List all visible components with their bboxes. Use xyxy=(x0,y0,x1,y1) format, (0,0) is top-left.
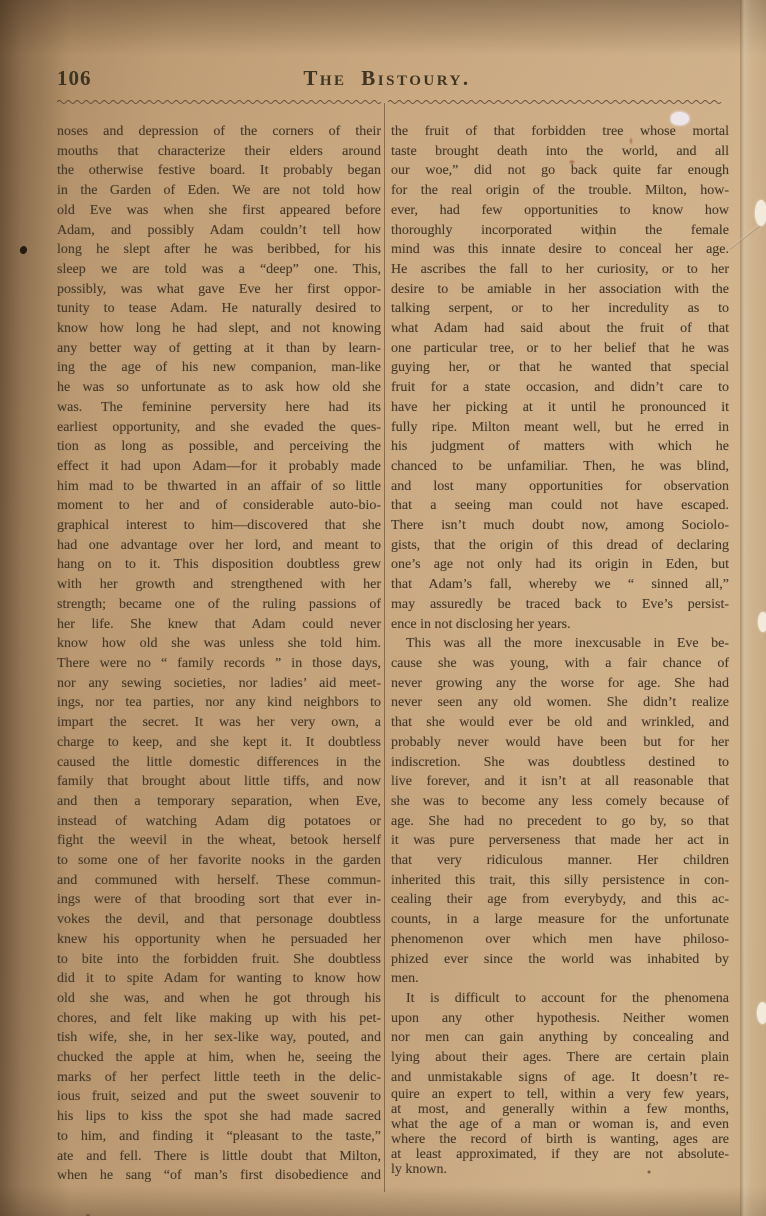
text-line: long he slept after he was beribbed, for… xyxy=(57,240,381,260)
text-line: to him, and finding it “pleasant to the … xyxy=(57,1127,381,1147)
text-line: never seen any old women. She didn’t rea… xyxy=(391,693,729,713)
text-line: It is difficult to account for the pheno… xyxy=(391,989,729,1009)
text-line: inherited this trait, this silly persist… xyxy=(391,871,729,891)
text-line: guying her, or that he wanted that speci… xyxy=(391,358,729,378)
text-line: he was so unfortunate as to ask how old … xyxy=(57,378,381,398)
text-line: ing the age of his new companion, man-li… xyxy=(57,358,381,378)
page-edge-notch xyxy=(758,612,766,632)
text-line: age. She had no precedent to go by, so t… xyxy=(391,812,729,832)
wavy-rule-left xyxy=(57,97,381,107)
text-line: possibly, was what gave Eve her first op… xyxy=(57,280,381,300)
text-line: fight the weevil in the wheat, betook he… xyxy=(57,831,381,851)
text-line: chucked the apple at him, when he, seein… xyxy=(57,1048,381,1068)
text-line: and communed with herself. These commun- xyxy=(57,871,381,891)
text-line: sleep we are told was a “deep” one. This… xyxy=(57,260,381,280)
text-line: There isn’t much doubt now, among Sociol… xyxy=(391,516,729,536)
scanned-page: 106 The Bistoury. noses and depression o… xyxy=(0,0,766,1216)
text-line: his lips to kiss the spot she had made s… xyxy=(57,1107,381,1127)
text-line: where the record of birth is wanting, ag… xyxy=(391,1132,729,1147)
text-line: with her growth and strengthened with he… xyxy=(57,575,381,595)
text-line: counts, in a large measure for the unfor… xyxy=(391,910,729,930)
text-line: probably never would have been but for h… xyxy=(391,733,729,753)
journal-title: The Bistoury. xyxy=(57,66,717,91)
text-line: it was pure perverseness that made her a… xyxy=(391,831,729,851)
text-line: nor men can gain anything by concealing … xyxy=(391,1028,729,1048)
text-line: did it to spite Adam for wanting to know… xyxy=(57,969,381,989)
page-shadow-top xyxy=(0,0,766,60)
text-line: hang on to it. This disposition doubtles… xyxy=(57,555,381,575)
text-line: ate and fell. There is little doubt that… xyxy=(57,1147,381,1167)
text-line: men. xyxy=(391,969,729,989)
text-line: knew his opportunity when he persuaded h… xyxy=(57,930,381,950)
text-line: what Adam had said about the fruit of th… xyxy=(391,319,729,339)
left-column: noses and depression of the corners of t… xyxy=(57,122,381,1186)
text-line: she was to become any less comely becaus… xyxy=(391,792,729,812)
text-line: talking serpent, or to her incredulity a… xyxy=(391,299,729,319)
paper-defect-white-blob xyxy=(671,112,689,125)
text-line: There were no “ family records ” in thos… xyxy=(57,654,381,674)
text-line: fully ripe. Milton meant well, but he er… xyxy=(391,418,729,438)
text-line: mouths that characterize their elders ar… xyxy=(57,142,381,162)
text-line: may assuredly be traced back to Eve’s pe… xyxy=(391,595,729,615)
text-line: that very ridiculous manner. Her childre… xyxy=(391,851,729,871)
text-line: that Adam’s fall, whereby we “ sinned al… xyxy=(391,575,729,595)
text-line: noses and depression of the corners of t… xyxy=(57,122,381,142)
page-edge-notch xyxy=(755,200,766,226)
text-line: at most, and generally within a few mont… xyxy=(391,1102,729,1117)
column-divider xyxy=(384,103,385,1192)
text-line: for the real origin of the trouble. Milt… xyxy=(391,181,729,201)
text-line: any better way of getting at it than by … xyxy=(57,339,381,359)
text-line: to bite into the forbidden fruit. She do… xyxy=(57,950,381,970)
text-line: effect it had upon Adam—for it probably … xyxy=(57,457,381,477)
text-line: that she would ever be old and wrinkled,… xyxy=(391,713,729,733)
text-line: live forever, and it isn’t at all reason… xyxy=(391,772,729,792)
text-line: in the Garden of Eden. We are not told h… xyxy=(57,181,381,201)
text-line: phized ever since the world was inhabite… xyxy=(391,950,729,970)
text-line: tunity to tease Adam. He naturally desir… xyxy=(57,299,381,319)
text-line: instead of watching Adam dig potatoes or xyxy=(57,812,381,832)
text-line: nor any sewing societies, nor ladies’ ai… xyxy=(57,674,381,694)
text-line: gists, that the origin of this dread of … xyxy=(391,536,729,556)
text-line: have her picking at it until he pronounc… xyxy=(391,398,729,418)
text-line: ings, nor tea parties, nor any kind neig… xyxy=(57,693,381,713)
text-line: him mad to be thwarted in an affair of s… xyxy=(57,477,381,497)
text-line: that a seeing man could not have escaped… xyxy=(391,496,729,516)
text-line: when he sang “of man’s first disobedienc… xyxy=(57,1166,381,1186)
text-line: never growing any the worse for age. She… xyxy=(391,674,729,694)
text-line: her life. She knew that Adam could never xyxy=(57,615,381,635)
text-line: and unmistakable signs of age. It doesn’… xyxy=(391,1068,729,1088)
text-line: old Eve was when she first appeared befo… xyxy=(57,201,381,221)
text-line: ings were of that brooding sort that eve… xyxy=(57,890,381,910)
text-line: chanced to be unfamiliar. Then, he was b… xyxy=(391,457,729,477)
text-line: had one advantage over her lord, and mea… xyxy=(57,536,381,556)
text-line: our woe,” did not go back quite far enou… xyxy=(391,161,729,181)
text-line: at least approximated, if they are not a… xyxy=(391,1147,729,1162)
text-line: This was all the more inexcusable in Eve… xyxy=(391,634,729,654)
text-line: ious fruit, seized and put the sweet sou… xyxy=(57,1087,381,1107)
text-line: caused the little domestic differences i… xyxy=(57,753,381,773)
text-line: upon any other hypothesis. Neither women xyxy=(391,1009,729,1029)
text-line: what the age of a man or woman is, and e… xyxy=(391,1117,729,1132)
text-line: quire an expert to tell, within a very f… xyxy=(391,1087,729,1102)
text-line: old she was, and when he got through his xyxy=(57,989,381,1009)
text-line: moment to her and of considerable auto-b… xyxy=(57,496,381,516)
text-line: one particular tree, or to her belief th… xyxy=(391,339,729,359)
text-line: indiscretion. She was doubtless destined… xyxy=(391,753,729,773)
text-line: fruit for a state occasion, and didn’t c… xyxy=(391,378,729,398)
text-line: the otherwise festive board. It probably… xyxy=(57,161,381,181)
text-line: vokes the devil, and that personage doub… xyxy=(57,910,381,930)
text-line: cause she was young, with a fair chance … xyxy=(391,654,729,674)
text-line: ly known. xyxy=(391,1162,729,1177)
text-line: thoroughly incorporated within the femal… xyxy=(391,221,729,241)
text-line: know how long he had slept, and not know… xyxy=(57,319,381,339)
text-line: ever, had few opportunities to know how xyxy=(391,201,729,221)
text-line: his judgment of matters with which he xyxy=(391,437,729,457)
text-line: phenomenon over which men have philoso- xyxy=(391,930,729,950)
text-line: ence in not disclosing her years. xyxy=(391,615,729,635)
text-line: lying about their ages. There are certai… xyxy=(391,1048,729,1068)
page-shadow-bottom xyxy=(0,1182,766,1216)
text-line: was. The feminine perversity here had it… xyxy=(57,398,381,418)
text-line: tion as long as possible, and perceiving… xyxy=(57,437,381,457)
ink-dot xyxy=(19,245,29,255)
text-line: know how old she was unless she told him… xyxy=(57,634,381,654)
text-line: cealing their age from everybydy, and th… xyxy=(391,890,729,910)
text-line: tish wife, she, in her sex-like way, pou… xyxy=(57,1028,381,1048)
wavy-rule-right xyxy=(388,97,729,107)
right-column: the fruit of that forbidden tree whose m… xyxy=(391,122,729,1177)
text-line: impart the secret. It was her very own, … xyxy=(57,713,381,733)
text-line: one’s age not only had its origin in Ede… xyxy=(391,555,729,575)
text-line: marks of her perfect little teeth in the… xyxy=(57,1068,381,1088)
text-line: Adam, and possibly Adam couldn’t tell ho… xyxy=(57,221,381,241)
text-line: strength; became one of the ruling passi… xyxy=(57,595,381,615)
text-line: taste brought death into the world, and … xyxy=(391,142,729,162)
page-edge-notch xyxy=(757,1002,766,1024)
text-line: chores, and felt like making up with his… xyxy=(57,1009,381,1029)
text-line: mind was this innate desire to conceal h… xyxy=(391,240,729,260)
text-line: family that brought about little tiffs, … xyxy=(57,772,381,792)
text-line: and then a temporary separation, when Ev… xyxy=(57,792,381,812)
text-line: desire to be amiable in her association … xyxy=(391,280,729,300)
text-line: to some one of her favorite nooks in the… xyxy=(57,851,381,871)
text-line: He ascribes the fall to her curiosity, o… xyxy=(391,260,729,280)
text-line: charge to keep, and she kept it. It doub… xyxy=(57,733,381,753)
text-line: earliest opportunity, and she evaded the… xyxy=(57,418,381,438)
text-line: and lost many opportunities for observat… xyxy=(391,477,729,497)
text-line: graphical interest to him—discovered tha… xyxy=(57,516,381,536)
page-edge-strip xyxy=(740,0,766,1216)
